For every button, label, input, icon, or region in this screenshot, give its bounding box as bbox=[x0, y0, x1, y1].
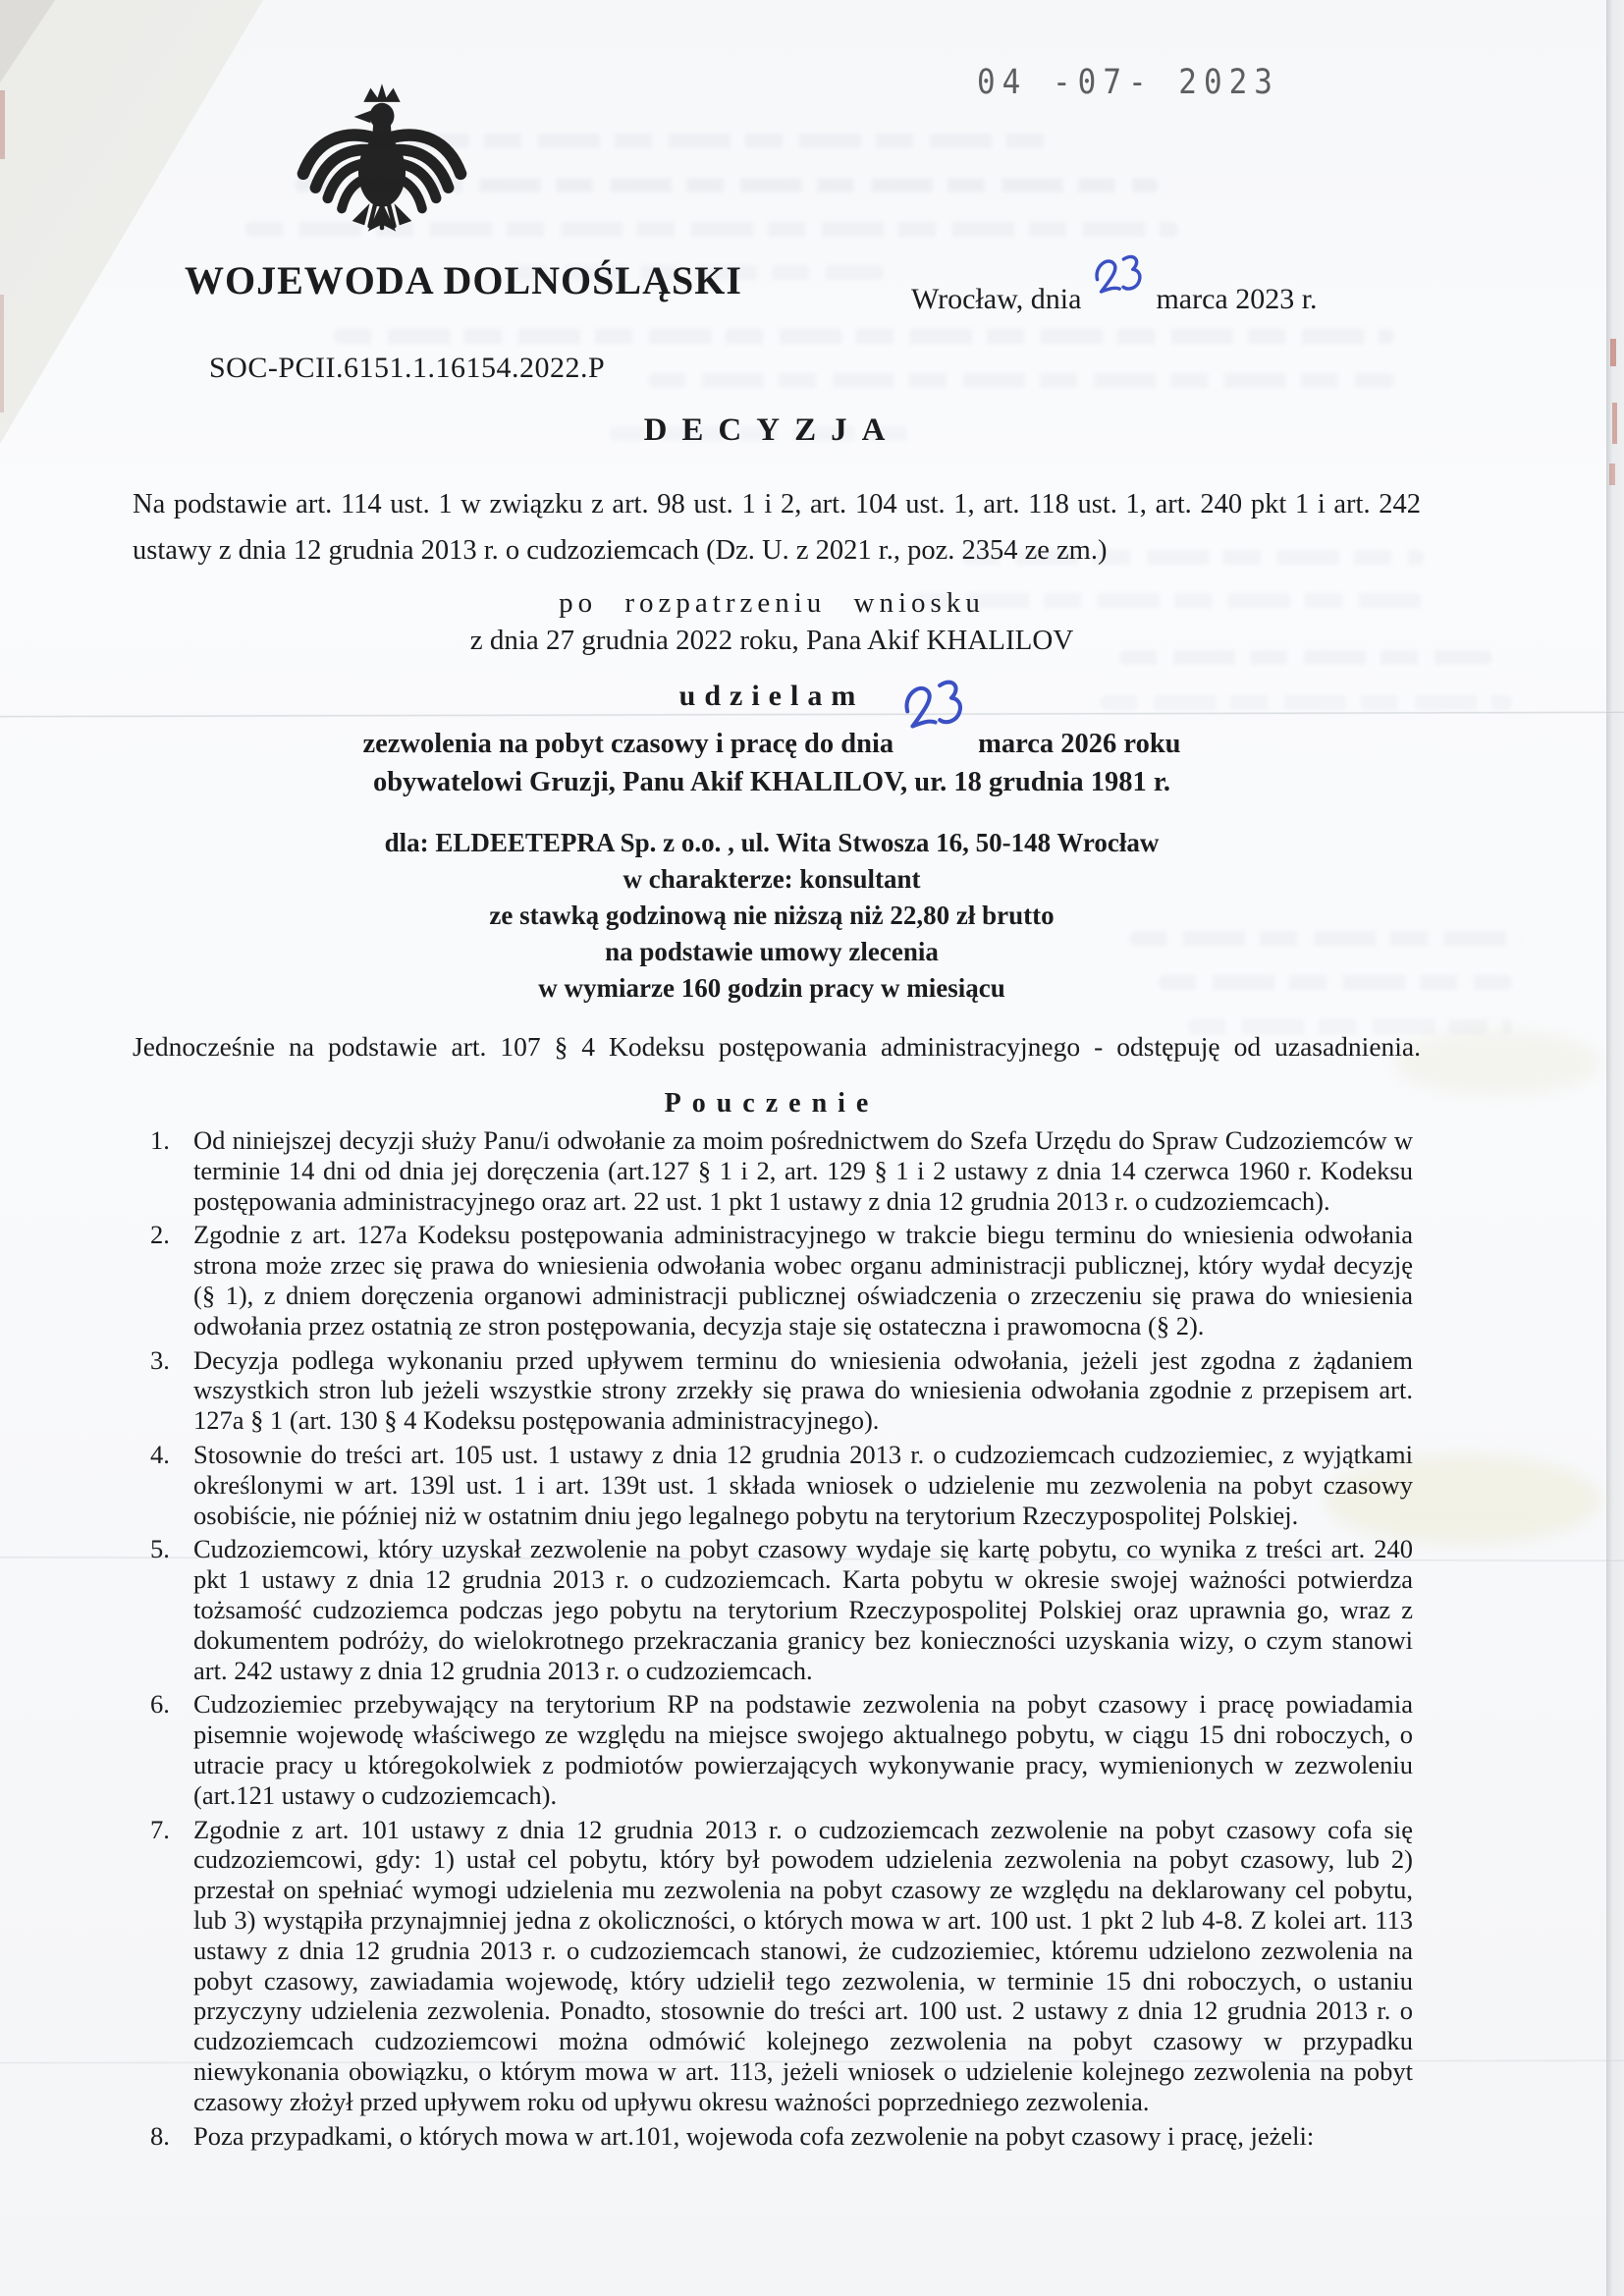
item-number: 7. bbox=[150, 1815, 170, 1845]
scan-speck bbox=[1612, 403, 1617, 444]
item-number: 5. bbox=[150, 1534, 170, 1564]
polish-eagle-emblem bbox=[295, 81, 469, 265]
item-text: Od niniejszej decyzji służy Panu/i odwoł… bbox=[193, 1125, 1413, 1216]
case-number: SOC-PCII.6151.1.16154.2022.P bbox=[209, 352, 605, 385]
scan-speck bbox=[0, 295, 4, 412]
instructions-list: 1.Od niniejszej decyzji służy Panu/i odw… bbox=[144, 1125, 1413, 2155]
scan-speck bbox=[1610, 339, 1616, 366]
instruction-item: 2.Zgodnie z art. 127a Kodeksu postępowan… bbox=[144, 1220, 1413, 1340]
instruction-item: 5.Cudzoziemcowi, który uzyskał zezwoleni… bbox=[144, 1534, 1413, 1685]
no-justification-paragraph: Jednocześnie na podstawie art. 107 § 4 K… bbox=[133, 1031, 1421, 1063]
legal-basis-paragraph: Na podstawie art. 114 ust. 1 w związku z… bbox=[133, 481, 1421, 574]
bleed-through-line bbox=[334, 329, 1394, 344]
place-date-prefix: Wrocław, dnia bbox=[911, 283, 1081, 315]
applicant-line: z dnia 27 grudnia 2022 roku, Pana Akif K… bbox=[133, 625, 1411, 657]
document-title: DECYZJA bbox=[133, 412, 1411, 449]
item-text: Poza przypadkami, o których mowa w art.1… bbox=[193, 2121, 1314, 2151]
item-text: Cudzoziemiec przebywający na terytorium … bbox=[193, 1689, 1413, 1809]
decision-line-1-prefix: zezwolenia na pobyt czasowy i pracę do d… bbox=[362, 729, 893, 759]
item-text: Zgodnie z art. 101 ustawy z dnia 12 grud… bbox=[193, 1815, 1413, 2116]
item-number: 2. bbox=[150, 1220, 170, 1250]
place-and-date: Wrocław, dnia23marca 2023 r. bbox=[911, 263, 1318, 316]
instruction-item: 1.Od niniejszej decyzji służy Panu/i odw… bbox=[144, 1125, 1413, 1216]
employer-line: dla: ELDEETEPRA Sp. z o.o. , ul. Wita St… bbox=[133, 828, 1411, 858]
item-text: Stosownie do treści art. 105 ust. 1 usta… bbox=[193, 1440, 1413, 1530]
item-number: 8. bbox=[150, 2121, 170, 2152]
item-text: Zgodnie z art. 127a Kodeksu postępowania… bbox=[193, 1220, 1413, 1339]
item-number: 6. bbox=[150, 1689, 170, 1720]
instruction-item: 4.Stosownie do treści art. 105 ust. 1 us… bbox=[144, 1440, 1413, 1530]
role-line: w charakterze: konsultant bbox=[133, 864, 1411, 895]
decision-line-1-suffix: marca 2026 roku bbox=[978, 729, 1180, 759]
scan-speck bbox=[0, 90, 5, 159]
item-number: 1. bbox=[150, 1125, 170, 1156]
item-number: 3. bbox=[150, 1345, 170, 1376]
bleed-through-line bbox=[648, 373, 1394, 388]
received-date-stamp: 04 -07- 2023 bbox=[977, 63, 1279, 102]
scan-speck bbox=[1609, 464, 1615, 485]
place-date-suffix: marca 2023 r. bbox=[1156, 283, 1317, 315]
scanned-document-page: 04 -07- 2023 WOJEWODA DOLNOŚLĄS bbox=[0, 0, 1624, 2296]
instruction-item: 7.Zgodnie z art. 101 ustawy z dnia 12 gr… bbox=[144, 1815, 1413, 2117]
decision-line-1: zezwolenia na pobyt czasowy i pracę do d… bbox=[133, 729, 1411, 760]
contract-line: na podstawie umowy zlecenia bbox=[133, 937, 1411, 967]
item-number: 4. bbox=[150, 1440, 170, 1470]
item-text: Decyzja podlega wykonaniu przed upływem … bbox=[193, 1345, 1413, 1436]
hours-line: w wymiarze 160 godzin pracy w miesiącu bbox=[133, 973, 1411, 1004]
grant-word: udzielam bbox=[133, 680, 1411, 713]
item-text: Cudzoziemcowi, który uzyskał zezwolenie … bbox=[193, 1534, 1413, 1684]
consideration-line: po rozpatrzeniu wniosku bbox=[133, 587, 1411, 620]
decision-line-2: obywatelowi Gruzji, Panu Akif KHALILOV, … bbox=[133, 767, 1411, 798]
instruction-item: 8.Poza przypadkami, o których mowa w art… bbox=[144, 2121, 1413, 2152]
handwritten-day: 23 bbox=[1081, 263, 1156, 316]
instruction-item: 6.Cudzoziemiec przebywający na terytoriu… bbox=[144, 1689, 1413, 1810]
instruction-item: 3.Decyzja podlega wykonaniu przed upływe… bbox=[144, 1345, 1413, 1436]
instructions-title: Pouczenie bbox=[133, 1088, 1411, 1120]
wage-line: ze stawką godzinową nie niższą niż 22,80… bbox=[133, 901, 1411, 931]
bleed-through-blotch bbox=[1394, 1031, 1600, 1094]
issuing-authority: WOJEWODA DOLNOŚLĄSKI bbox=[185, 257, 742, 303]
